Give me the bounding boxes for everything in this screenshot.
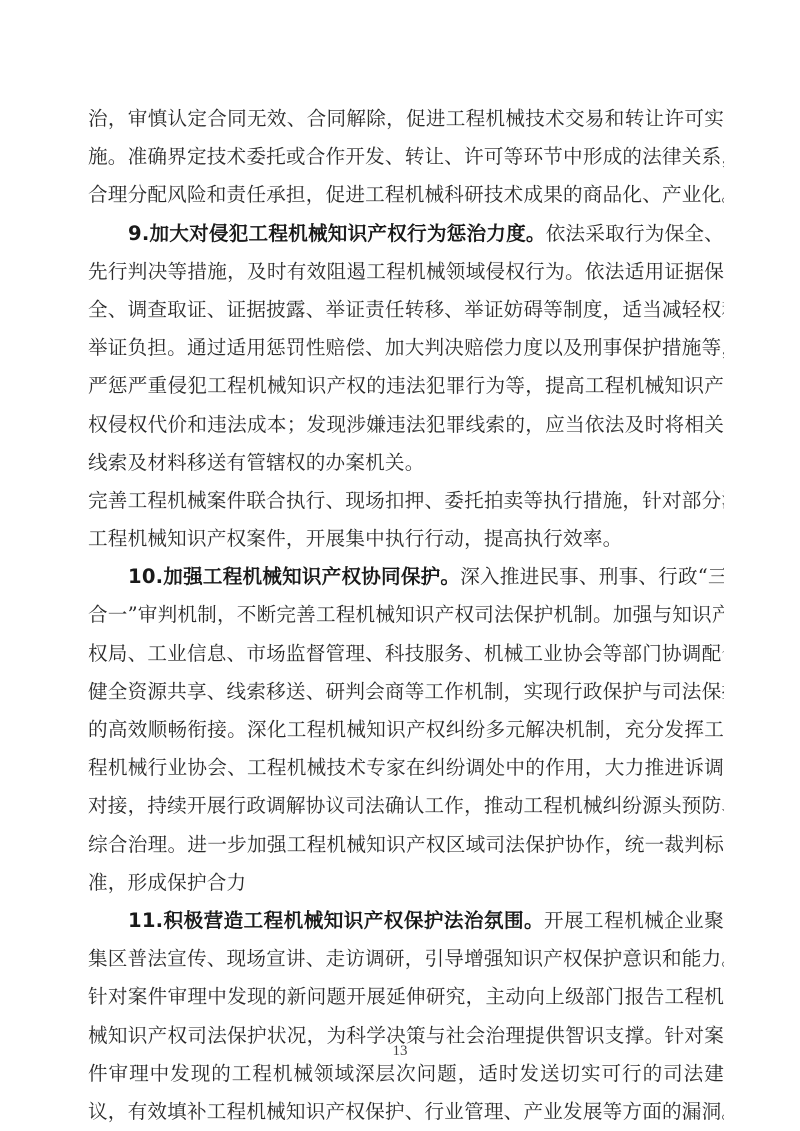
text-line: 议，有效填补工程机械知识产权保护、行业管理、产业发展等方面的漏洞。 [88, 1093, 724, 1131]
text-line: 完善工程机械案件联合执行、现场扣押、委托拍卖等执行措施，针对部分涉 [88, 482, 724, 520]
section-heading-10: 10.加强工程机械知识产权协同保护。 [128, 565, 460, 588]
page-number: 13 [0, 1043, 800, 1060]
text-line: 程机械行业协会、工程机械技术专家在纠纷调处中的作用，大力推进诉调 [88, 749, 724, 787]
text-run: 开展工程机械企业聚 [544, 909, 724, 932]
text-line: 全、调查取证、证据披露、举证责任转移、举证妨碍等制度，适当减轻权利人 [88, 291, 724, 329]
section-9-first-line: 9.加大对侵犯工程机械知识产权行为惩治力度。依法采取行为保全、 [88, 215, 724, 253]
text-run: 深入推进民事、刑事、行政“三 [460, 565, 724, 588]
text-line: 综合治理。进一步加强工程机械知识产权区域司法保护协作，统一裁判标 [88, 826, 724, 864]
text-line: 针对案件审理中发现的新问题开展延伸研究，主动向上级部门报告工程机 [88, 978, 724, 1016]
text-line: 对接，持续开展行政调解协议司法确认工作，推动工程机械纠纷源头预防、 [88, 787, 724, 825]
section-11-first-line: 11.积极营造工程机械知识产权保护法治氛围。开展工程机械企业聚 [88, 902, 724, 940]
document-page: 治，审慎认定合同无效、合同解除，促进工程机械技术交易和转让许可实 施。准确界定技… [0, 0, 800, 1131]
text-line: 健全资源共享、线索移送、研判会商等工作机制，实现行政保护与司法保护 [88, 673, 724, 711]
text-line: 合一”审判机制，不断完善工程机械知识产权司法保护机制。加强与知识产 [88, 596, 724, 634]
text-run: 依法采取行为保全、 [546, 222, 724, 245]
text-line: 权侵权代价和违法成本；发现涉嫌违法犯罪线索的，应当依法及时将相关 [88, 406, 724, 444]
text-line: 工程机械知识产权案件，开展集中执行行动，提高执行效率。 [88, 520, 724, 558]
text-line: 准，形成保护合力 [88, 864, 724, 902]
text-line: 线索及材料移送有管辖权的办案机关。 [88, 444, 724, 482]
text-line: 的高效顺畅衔接。深化工程机械知识产权纠纷多元解决机制，充分发挥工 [88, 711, 724, 749]
section-heading-11: 11.积极营造工程机械知识产权保护法治氛围。 [128, 909, 544, 932]
text-line: 集区普法宣传、现场宣讲、走访调研，引导增强知识产权保护意识和能力。 [88, 940, 724, 978]
text-line: 施。准确界定技术委托或合作开发、转让、许可等环节中形成的法律关系， [88, 138, 724, 176]
text-line: 先行判决等措施，及时有效阻遏工程机械领域侵权行为。依法适用证据保 [88, 253, 724, 291]
section-heading-9: 9.加大对侵犯工程机械知识产权行为惩治力度。 [128, 222, 546, 245]
section-10-first-line: 10.加强工程机械知识产权协同保护。深入推进民事、刑事、行政“三 [88, 558, 724, 596]
text-line: 严惩严重侵犯工程机械知识产权的违法犯罪行为等，提高工程机械知识产 [88, 367, 724, 405]
text-line: 件审理中发现的工程机械领域深层次问题，适时发送切实可行的司法建 [88, 1055, 724, 1093]
text-line: 合理分配风险和责任承担，促进工程机械科研技术成果的商品化、产业化。 [88, 176, 724, 214]
body-text: 治，审慎认定合同无效、合同解除，促进工程机械技术交易和转让许可实 施。准确界定技… [88, 100, 724, 1131]
text-line: 权局、工业信息、市场监督管理、科技服务、机械工业协会等部门协调配合， [88, 635, 724, 673]
text-line: 治，审慎认定合同无效、合同解除，促进工程机械技术交易和转让许可实 [88, 100, 724, 138]
text-line: 举证负担。通过适用惩罚性赔偿、加大判决赔偿力度以及刑事保护措施等， [88, 329, 724, 367]
